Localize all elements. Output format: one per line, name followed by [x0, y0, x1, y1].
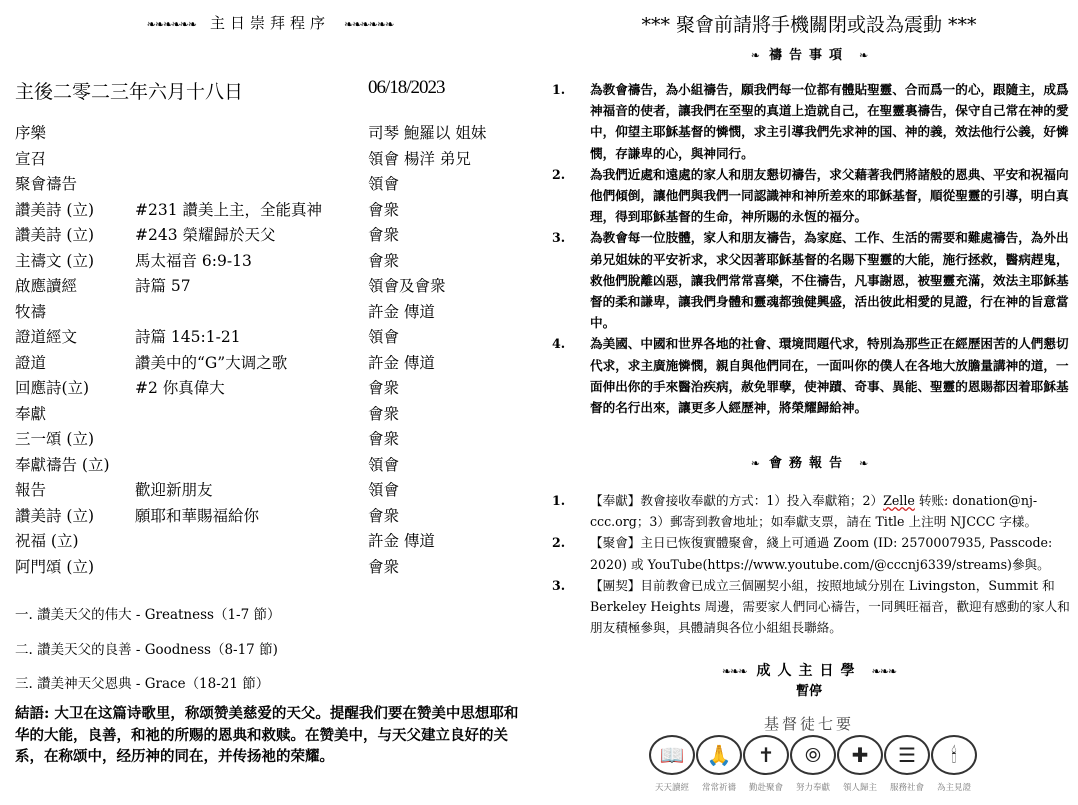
program-leader: 許金 傳道: [368, 352, 435, 374]
program-item: 回應詩(立): [15, 377, 89, 399]
sunday-school-header: ❧❧❧成人主日學❧❧❧: [540, 660, 1078, 680]
program-leader: 會衆: [368, 377, 399, 399]
reading-icon: 📖: [649, 735, 695, 775]
program-row: 奉獻會衆: [15, 403, 535, 429]
program-leader: 領會及會衆: [368, 275, 446, 297]
program-row: 序樂司琴 鮑羅以 姐妹: [15, 122, 535, 148]
prayer-section-header: ❧禱告事項❧: [540, 44, 1078, 63]
program-row: 讚美詩 (立)#231 讚美上主，全能真神會衆: [15, 199, 535, 225]
program-row: 牧禱許金 傳道: [15, 301, 535, 327]
program-item: 聚會禱告: [15, 173, 77, 195]
essential-label: 努力奉獻: [789, 781, 837, 793]
program-list: 序樂司琴 鮑羅以 姐妹 宣召領會 楊洋 弟兄 聚會禱告領會 讚美詩 (立)#23…: [15, 122, 535, 581]
essential-item: 📖天天讀經: [648, 735, 696, 793]
program-item: 祝福 (立): [15, 530, 79, 552]
essential-label: 領人歸主: [836, 781, 884, 793]
program-detail: 願耶和華賜福給你: [135, 505, 259, 527]
program-leader: 會衆: [368, 224, 399, 246]
program-item: 讚美詩 (立): [15, 224, 94, 246]
fleuron-ornament-icon: ❧: [859, 49, 867, 62]
fleuron-ornament-icon: ❧❧❧❧❧❧: [344, 18, 393, 31]
program-leader: 會衆: [368, 199, 399, 221]
essential-label: 服務社會: [883, 781, 931, 793]
program-item: 奉獻: [15, 403, 46, 425]
essential-label: 勤赴聚會: [742, 781, 790, 793]
program-row: 主禱文 (立)馬太福音 6:9-13會衆: [15, 250, 535, 276]
program-detail: #243 榮耀歸於天父: [135, 224, 276, 246]
program-leader: 許金 傳道: [368, 301, 435, 323]
program-leader: 會衆: [368, 556, 399, 578]
essential-item: ☰服務社會: [883, 735, 931, 793]
announcement-text: 【奉獻】教會接收奉獻的方式：1）投入奉獻箱；2）: [590, 493, 883, 508]
essential-label: 天天讀經: [648, 781, 696, 793]
item-number: 2.: [552, 164, 565, 185]
sunday-school-title: 成人主日學: [757, 663, 862, 679]
seven-essentials-graphic: 📖天天讀經 🙏常常祈禱 ✝勤赴聚會 ⦾努力奉獻 ✚領人歸主 ☰服務社會 🕯為主見…: [648, 735, 978, 797]
item-number: 3.: [552, 227, 565, 248]
announce-section-header: ❧會務報告❧: [540, 452, 1078, 471]
program-leader: 領會: [368, 454, 399, 476]
announcement-text: 【聚會】主日已恢復實體聚會，綫上可通過 Zoom (ID: 2570007935…: [590, 535, 1052, 571]
program-detail: #231 讚美上主，全能真神: [135, 199, 322, 221]
item-number: 4.: [552, 333, 565, 354]
announce-section-title: 會務報告: [769, 456, 849, 471]
serving-hands-icon: ☰: [884, 735, 930, 775]
phone-silence-notice: *** 聚會前請將手機關閉或設為震動 ***: [540, 10, 1078, 37]
fleuron-ornament-icon: ❧❧❧: [722, 665, 747, 678]
church-gathering-icon: ✝: [743, 735, 789, 775]
program-item: 讚美詩 (立): [15, 505, 94, 527]
program-leader: 會衆: [368, 428, 399, 450]
program-item: 證道經文: [15, 326, 77, 348]
essential-label: 為主見證: [930, 781, 978, 793]
prayer-text: 為我們近處和遠處的家人和朋友懇切禱告，求父藉著我們將諸般的恩典、平安和祝福向他們…: [590, 167, 1069, 224]
prayer-text: 為美國、中國和世界各地的社會、環境問題代求，特別為那些正在經歷困苦的人們懇切代求…: [590, 336, 1069, 415]
program-row: 啟應讀經詩篇 57領會及會衆: [15, 275, 535, 301]
outline-point-2: 二. 讚美天父的良善 - Goodness（8-17 節): [15, 638, 535, 673]
worship-order-header: ❧❧❧❧❧❧主日崇拜程序❧❧❧❧❧❧: [0, 12, 540, 33]
worship-order-column: ❧❧❧❧❧❧主日崇拜程序❧❧❧❧❧❧ 主後二零二三年六月十八日 06/18/20…: [0, 0, 540, 805]
worship-order-title: 主日崇拜程序: [210, 14, 330, 32]
program-row: 阿門頌 (立)會衆: [15, 556, 535, 582]
date-chinese: 主後二零二三年六月十八日: [15, 77, 243, 104]
announcement-item: 1.【奉獻】教會接收奉獻的方式：1）投入奉獻箱；2）Zelle 转账: dona…: [552, 490, 1074, 532]
program-detail: 詩篇 145:1-21: [135, 326, 241, 348]
program-row: 三一頌 (立)會衆: [15, 428, 535, 454]
praying-icon: 🙏: [696, 735, 742, 775]
prayer-list: 1.為教會禱告，為小組禱告，願我們每一位都有體貼聖靈、合而爲一的心，跟隨主，成爲…: [552, 79, 1074, 418]
announcement-item: 2.【聚會】主日已恢復實體聚會，綫上可通過 Zoom (ID: 25700079…: [552, 532, 1074, 574]
program-item: 報告: [15, 479, 46, 501]
item-number: 1.: [552, 79, 565, 100]
item-number: 1.: [552, 490, 565, 511]
fleuron-ornament-icon: ❧: [751, 49, 759, 62]
outline-point-1: 一. 讚美天父的伟大 - Greatness（1-7 節）: [15, 603, 535, 638]
essential-item: ✝勤赴聚會: [742, 735, 790, 793]
program-leader: 領會: [368, 326, 399, 348]
program-item: 三一頌 (立): [15, 428, 94, 450]
candle-icon: 🕯: [931, 735, 977, 775]
program-row: 宣召領會 楊洋 弟兄: [15, 148, 535, 174]
sermon-conclusion: 結語: 大卫在这篇诗歌里，称颂赞美慈爱的天父。提醒我们要在赞美中思想耶和华的大能…: [15, 703, 530, 768]
program-item: 阿門頌 (立): [15, 556, 94, 578]
program-item: 啟應讀經: [15, 275, 77, 297]
program-leader: 司琴 鮑羅以 姐妹: [368, 122, 486, 144]
fleuron-ornament-icon: ❧: [751, 457, 759, 470]
program-leader: 會衆: [368, 250, 399, 272]
program-detail: 詩篇 57: [135, 275, 191, 297]
announcement-text: 【團契】目前教會已成立三個團契小組，按照地域分別在 Livingston，Sum…: [590, 578, 1070, 635]
prayer-item: 3.為教會每一位肢體，家人和朋友禱告，為家庭、工作、生活的需要和難處禱告，為外出…: [552, 227, 1074, 333]
prayer-section-title: 禱告事項: [769, 48, 849, 63]
program-detail: 讚美中的“G”大调之歌: [135, 352, 287, 374]
seven-essentials-title: 基督徒七要: [540, 713, 1078, 734]
item-number: 3.: [552, 575, 565, 596]
outline-point-3: 三. 讚美神天父恩典 - Grace（18-21 節）: [15, 672, 535, 707]
program-leader: 許金 傳道: [368, 530, 435, 552]
program-row: 聚會禱告領會: [15, 173, 535, 199]
announcement-list: 1.【奉獻】教會接收奉獻的方式：1）投入奉獻箱；2）Zelle 转账: dona…: [552, 490, 1074, 638]
program-row: 報告歡迎新朋友領會: [15, 479, 535, 505]
fleuron-ornament-icon: ❧❧❧❧❧❧: [147, 18, 196, 31]
program-row: 奉獻禱告 (立)領會: [15, 454, 535, 480]
essential-item: 🕯為主見證: [930, 735, 978, 793]
announcement-item: 3.【團契】目前教會已成立三個團契小組，按照地域分別在 Livingston，S…: [552, 575, 1074, 639]
program-item: 讚美詩 (立): [15, 199, 94, 221]
essential-item: ✚領人歸主: [836, 735, 884, 793]
program-leader: 領會: [368, 479, 399, 501]
program-detail: 馬太福音 6:9-13: [135, 250, 252, 272]
program-row: 祝福 (立)許金 傳道: [15, 530, 535, 556]
program-leader: 會衆: [368, 403, 399, 425]
program-leader: 會衆: [368, 505, 399, 527]
program-detail: #2 你真偉大: [135, 377, 225, 399]
program-leader: 領會: [368, 173, 399, 195]
program-item: 序樂: [15, 122, 46, 144]
program-row: 讚美詩 (立)願耶和華賜福給你會衆: [15, 505, 535, 531]
program-leader: 領會 楊洋 弟兄: [368, 148, 471, 170]
essential-label: 常常祈禱: [695, 781, 743, 793]
prayer-item: 4.為美國、中國和世界各地的社會、環境問題代求，特別為那些正在經歷困苦的人們懇切…: [552, 333, 1074, 418]
item-number: 2.: [552, 532, 565, 553]
program-item: 主禱文 (立): [15, 250, 94, 272]
sermon-outline: 一. 讚美天父的伟大 - Greatness（1-7 節） 二. 讚美天父的良善…: [15, 603, 535, 707]
program-item: 奉獻禱告 (立): [15, 454, 110, 476]
program-item: 牧禱: [15, 301, 46, 323]
zelle-link: Zelle: [883, 493, 915, 508]
program-item: 宣召: [15, 148, 46, 170]
prayer-text: 為教會禱告，為小組禱告，願我們每一位都有體貼聖靈、合而爲一的心，跟隨主，成爲神福…: [590, 82, 1069, 161]
cross-lead-icon: ✚: [837, 735, 883, 775]
prayer-item: 2.為我們近處和遠處的家人和朋友懇切禱告，求父藉著我們將諸般的恩典、平安和祝福向…: [552, 164, 1074, 228]
program-row: 證道讚美中的“G”大调之歌許金 傳道: [15, 352, 535, 378]
fish-offering-icon: ⦾: [790, 735, 836, 775]
date-numeric: 06/18/2023: [368, 77, 445, 99]
program-row: 證道經文詩篇 145:1-21領會: [15, 326, 535, 352]
program-row: 讚美詩 (立)#243 榮耀歸於天父會衆: [15, 224, 535, 250]
program-detail: 歡迎新朋友: [135, 479, 213, 501]
sunday-school-status: 暫停: [540, 680, 1078, 699]
fleuron-ornament-icon: ❧❧❧: [872, 665, 897, 678]
prayer-text: 為教會每一位肢體，家人和朋友禱告，為家庭、工作、生活的需要和難處禱告，為外出弟兄…: [590, 230, 1069, 330]
announcements-column: *** 聚會前請將手機關閉或設為震動 *** ❧禱告事項❧ 1.為教會禱告，為小…: [540, 0, 1078, 805]
essential-item: 🙏常常祈禱: [695, 735, 743, 793]
fleuron-ornament-icon: ❧: [859, 457, 867, 470]
prayer-item: 1.為教會禱告，為小組禱告，願我們每一位都有體貼聖靈、合而爲一的心，跟隨主，成爲…: [552, 79, 1074, 164]
program-row: 回應詩(立)#2 你真偉大會衆: [15, 377, 535, 403]
program-item: 證道: [15, 352, 46, 374]
essential-item: ⦾努力奉獻: [789, 735, 837, 793]
